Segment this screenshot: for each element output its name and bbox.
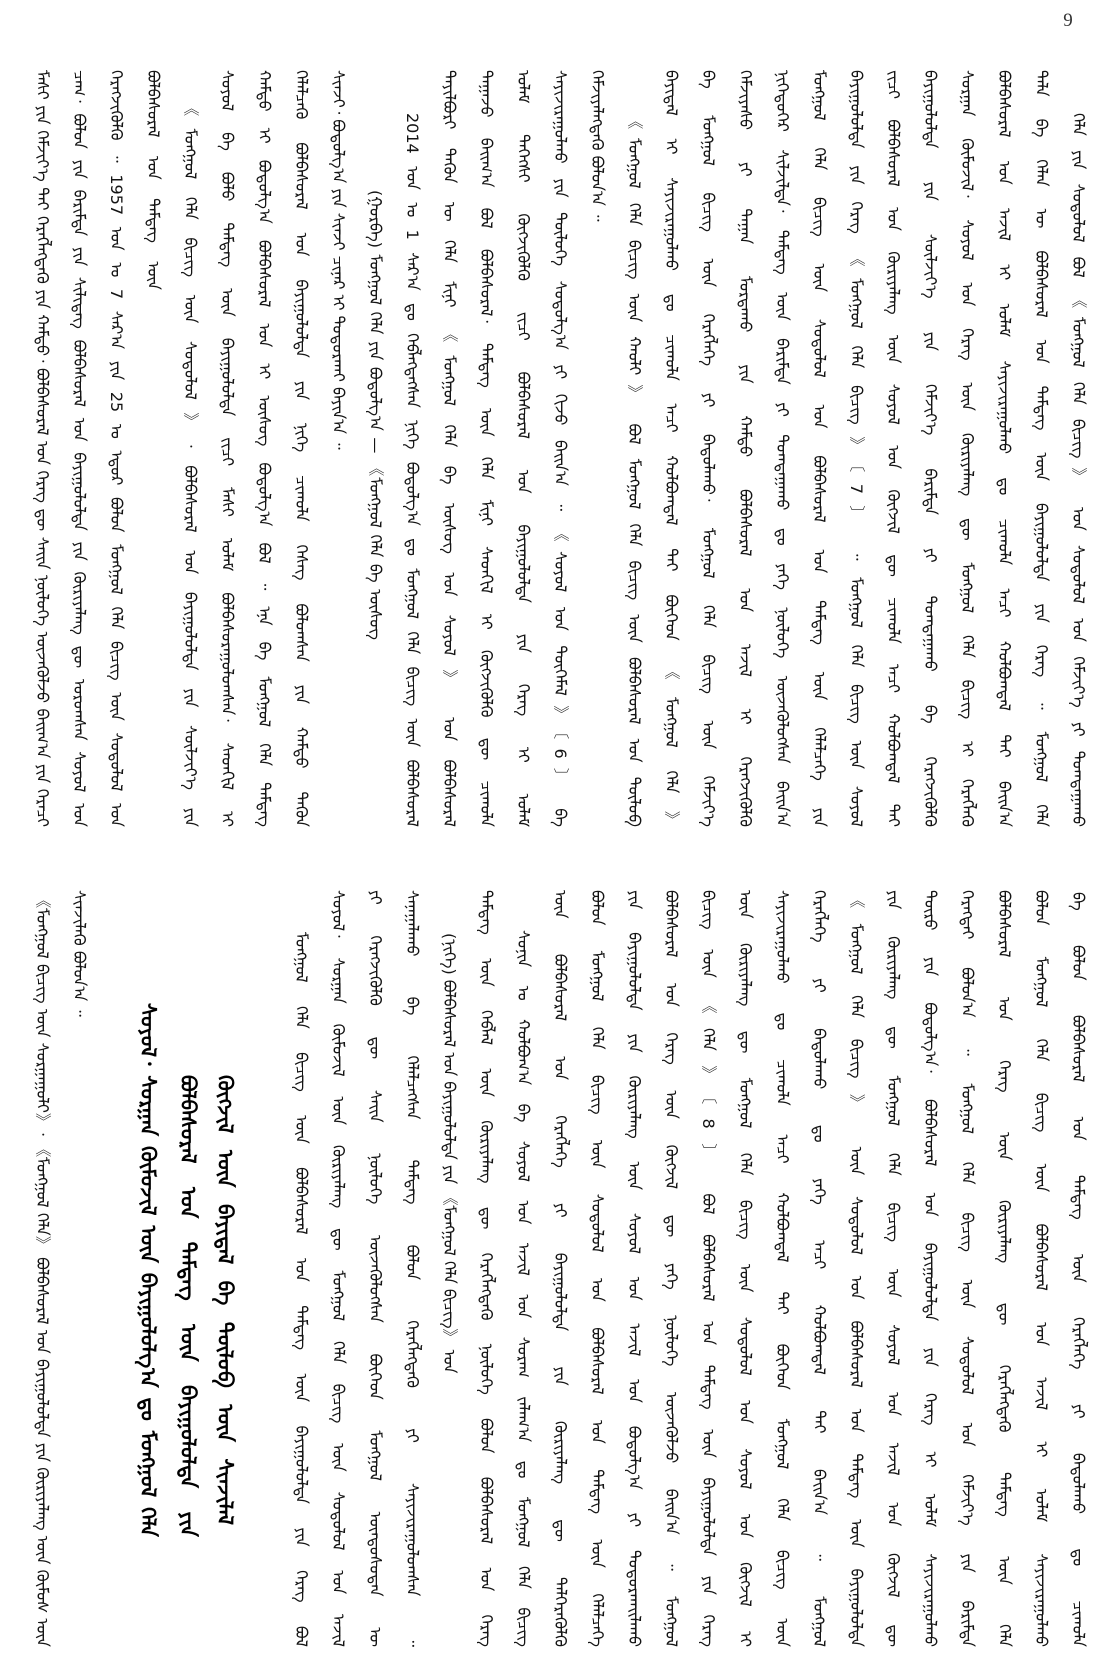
text-column: ᠮᠠᠰᠢ ᠶᠢᠨ ᠬᠡᠮᠵᠢᠶ᠎ᠡ ᠲᠠᠢ ᠬᠡᠷᠡᠭᠯᠡᠭᠳᠡᠬᠦ ᠶᠢᠨ ᠬ… — [30, 70, 54, 827]
text-column: ᠮᠣᠩᠭᠣᠯ ᠬᠡᠯᠡ ᠪᠢᠴᠢᠭ ᠦᠨ ᠪᠣᠯᠪᠠᠰᠤᠷᠠᠯ ᠤᠨ ᠲᠡᠮᠳᠡ… — [289, 932, 313, 1647]
text-column: ᠶᠢ ᠬᠡᠷᠡᠭᠵᠢᠭᠦᠯᠬᠦ ᠳᠦ ᠰᠠᠢᠨ ᠨᠥᠯᠦᠭᠡ ᠦᠵᠡᠭᠦᠯᠦᠭᠰ… — [363, 890, 387, 1647]
text-column: ᠶᠢᠨ ᠬᠦᠷᠢᠶᠡᠯᠡᠩ ᠳᠦ ᠮᠣᠩᠭᠣᠯ ᠬᠡᠯᠡ ᠪᠢᠴᠢᠭ ᠦᠨ ᠰᠣ… — [881, 890, 905, 1647]
text-column: ᠬᠡᠷᠡᠭᠯᠡᠭᠡ ᠶᠢ ᠪᠠᠲᠤᠯᠠᠬᠤ ᠳᠤ ᠶᠡᠬᠡ ᠠᠴᠢ ᠬᠣᠯᠪᠣᠭ… — [807, 890, 831, 1647]
text-column: ᠴᠠᠭ᠂ ᠪᠣᠯᠤᠨ ᠶᠢᠨ ᠪᠠᠷᠢᠮᠲᠠ ᠶᠢᠨ ᠰᠢᠯᠢᠳᠡᠭ ᠪᠣᠯᠪᠠ… — [67, 70, 91, 827]
text-column: ᠲᠡᠮᠳᠡᠭ ᠦᠨ ᠬᠡᠪᠯᠡᠯ ᠦᠨ ᠬᠦᠷᠢᠶᠡᠯᠡᠩ ᠳᠦ ᠬᠡᠷᠡᠭᠯᠡ… — [474, 890, 498, 1647]
section-heading-line: ᠰᠣᠶᠣᠯ᠂ ᠰᠤᠷᠭᠠᠨ ᠬᠦᠮᠦᠵᠢᠯ ᠦᠨ ᠪᠠᠶᠢᠭᠤᠯᠤᠯᠭ᠎ᠠ ᠳᠤ… — [132, 1003, 164, 1537]
text-column: ᠬᠡᠷᠡᠭᠵᠢᠭᠦᠯᠬᠦ ᠃ 1957 ᠣᠨ ᠤ 7 ᠰᠠᠷ᠎ᠠ ᠶᠢᠨ 25 … — [104, 70, 128, 827]
text-column: ᠪᠣᠯᠪᠠᠰᠤᠷᠠᠯ ᠤᠨ ᠬᠡᠷᠡᠭ ᠦᠨ ᠬᠦᠷᠢᠶᠡᠯᠡᠩ ᠳᠦ ᠬᠡᠷᠡ… — [992, 890, 1016, 1647]
text-column: ᠰᠠᠶᠢᠵᠢᠷᠠᠭᠤᠯᠬᠤ ᠳᠤ ᠴᠢᠬᠤᠯᠠ ᠠᠴᠢ ᠬᠣᠯᠪᠣᠭᠳᠠᠯ ᠲᠠ… — [770, 890, 794, 1647]
text-column: ᠲᠠᠶᠢᠯᠪᠤᠷᠢ ᠲᠡᠭᠦᠨ ᠦ ᠬᠡᠯᠡ ᠮᠢᠨᠢ 《ᠮᠣᠩᠭᠣᠯ ᠬᠡᠯᠡ… — [437, 70, 461, 827]
text-column: 《ᠮᠣᠩᠭᠣᠯ ᠬᠡᠯᠡ ᠪᠢᠴᠢᠭ ᠦᠨ ᠰᠤᠳᠤᠯᠤᠯ》᠂ ᠪᠣᠯᠪᠠᠰᠤᠷ… — [178, 100, 202, 827]
text-column: ᠬᠡᠷᠡᠭᠲᠡᠢ ᠪᠣᠯᠤᠨ᠎ᠠ ᠃ ᠮᠣᠩᠭᠣᠯ ᠬᠡᠯᠡ ᠪᠢᠴᠢᠭ ᠦᠨ … — [955, 890, 979, 1647]
text-column: ᠶᠢᠨ ᠪᠠᠶᠢᠭᠤᠯᠤᠯᠳᠠ ᠶᠢᠨ ᠬᠦᠷᠢᠶᠡᠯᠡᠩ ᠦᠨ ᠰᠣᠶᠣᠯ ᠤ… — [622, 890, 646, 1647]
text-column: ᠰᠣᠶᠣᠯ ᠪᠠ ᠪᠣᠯᠤ ᠲᠡᠮᠳᠡᠭ ᠦᠨ ᠪᠠᠶᠢᠭᠤᠯᠤᠯᠳᠠ ᠵᠢᠴᠢ… — [215, 70, 239, 827]
text-column: ᠰᠢᠨᠵᠢᠯᠡᠬᠦ ᠪᠣᠯᠤᠨ᠎ᠠ ᠃ — [67, 890, 91, 1033]
text-column: ᠮᠣᠩᠭᠣᠯ ᠬᠡᠯᠡ ᠪᠢᠴᠢᠭ ᠦᠨ ᠰᠤᠳᠤᠯᠤᠯ ᠤᠨ ᠪᠣᠯᠪᠠᠰᠤᠷ… — [807, 70, 831, 827]
subsection-heading: (ᠨᠢᠭᠡ) ᠪᠣᠯᠪᠠᠰᠤᠷᠠᠯ ᠤᠨ ᠪᠠᠶᠢᠭᠤᠯᠤᠯᠳᠠ ᠶᠢᠨ 《ᠮᠣ… — [437, 933, 461, 1480]
text-column: ᠲᠡᠯᠡ ᠪᠠ ᠬᠡᠯᠡᠨ ᠦ ᠪᠣᠯᠪᠠᠰᠤᠷᠠᠯ ᠤᠨ ᠲᠡᠮᠳᠡᠭ ᠦᠨ … — [1029, 70, 1053, 827]
text-column: 2014 ᠣᠨ ᠤ 1 ᠰᠠᠷ᠎ᠠ ᠳᠤ ᠬᠡᠪᠯᠡᠭᠳᠡᠭᠰᠡᠨ ᠨᠢᠭᠡ ᠪ… — [400, 113, 424, 827]
text-column: ᠪᠣᠯᠪᠠᠰᠤᠷᠠᠯ ᠤᠨ ᠬᠡᠷᠡᠭ ᠦᠨ ᠬᠥᠭᠵᠢᠯ ᠳᠦ ᠶᠡᠬᠡ ᠨᠥ… — [659, 890, 683, 1647]
text-column: ᠦᠨ ᠬᠦᠷᠢᠶᠡᠯᠡᠩ ᠳᠦ ᠮᠣᠩᠭᠣᠯ ᠬᠡᠯᠡ ᠪᠢᠴᠢᠭ ᠦᠨ ᠰᠤᠳ… — [733, 890, 757, 1647]
text-column: ᠨᠢᠭᠡᠳᠦᠭᠡᠷ ᠰᠢᠯᠵᠢᠯᠲᠡ᠂ ᠲᠡᠮᠳᠡᠭ ᠦᠨ ᠪᠠᠷᠢᠮᠲᠠ ᠶᠢ… — [770, 70, 794, 827]
text-column: ᠰᠣᠨᠢᠨ ᠤ ᠬᠣᠯᠪᠣᠭ᠎ᠠ ᠪᠠ ᠰᠣᠶᠣᠯ ᠤᠨ ᠠᠵᠢᠯ ᠤᠨ ᠰᠤᠷ… — [511, 930, 535, 1647]
page-number: 9 — [1058, 10, 1078, 34]
section-heading-line: ᠬᠥᠭᠵᠢᠯ ᠦᠨ ᠪᠠᠶᠢᠳᠠᠯ ᠪᠠ ᠲᠥᠯᠦᠪ ᠦᠨ ᠰᠢᠨᠵᠢᠯᠡᠯ — [209, 1075, 241, 1525]
text-column: 《ᠮᠣᠩᠭᠣᠯ ᠬᠡᠯᠡ ᠪᠢᠴᠢᠭ》 ᠦᠨ ᠰᠤᠳᠤᠯᠤᠯ ᠤᠨ ᠪᠣᠯᠪᠠᠰ… — [844, 892, 868, 1647]
text-column: ᠰᠣᠶᠣᠯ᠂ ᠰᠤᠷᠭᠠᠨ ᠬᠦᠮᠦᠵᠢᠯ ᠦᠨ ᠬᠦᠷᠢᠶᠡᠯᠡᠩ ᠳᠦ ᠮᠣ… — [326, 890, 350, 1647]
text-column: ᠰᠠᠶᠢᠵᠢᠷᠠᠭᠤᠯᠬᠤ ᠶᠢᠨ ᠲᠥᠯᠦᠭᠡ ᠰᠤᠳᠤᠯᠭ᠎ᠠ ᠶᠢ ᠬᠢᠵ… — [548, 70, 572, 827]
text-column: 《ᠮᠣᠩᠭᠣᠯ ᠪᠢᠴᠢᠭ ᠦᠨ ᠰᠤᠷᠭᠠᠭᠤᠯᠢ》᠂ 《ᠮᠣᠩᠭᠣᠯ ᠬᠡᠯ… — [30, 892, 54, 1647]
subsection-heading: (ᠭᠤᠷᠪᠠ) ᠮᠣᠩᠭᠣᠯ ᠬᠡᠯᠡ ᠶᠢᠨ ᠪᠣᠳᠣᠯᠭ᠎ᠠ — 《ᠮᠣᠩᠭ… — [363, 190, 387, 640]
text-column: ᠰᠤᠷᠭᠠᠨ ᠬᠦᠮᠦᠵᠢᠯ᠂ ᠰᠣᠶᠣᠯ ᠤᠨ ᠬᠡᠷᠡᠭ ᠦᠨ ᠬᠦᠷᠢᠶᠡ… — [955, 70, 979, 827]
text-column: ᠪᠠ ᠪᠣᠯᠤᠨ ᠪᠣᠯᠪᠠᠰᠤᠷᠠᠯ ᠤᠨ ᠲᠡᠮᠳᠡᠭ ᠦᠨ ᠬᠡᠷᠡᠭᠯᠡ… — [1066, 892, 1090, 1647]
text-column: ᠬᠡᠮᠵᠢᠶᠡᠯᠡᠭᠳᠡᠬᠦ ᠪᠣᠯᠤᠨ᠎ᠠ ᠃ — [585, 70, 609, 235]
text-column: ᠪᠠᠶᠢᠭᠤᠯᠤᠯᠳᠠ ᠶᠢᠨ ᠰᠦᠯᠵᠢᠶ᠎ᠡ ᠶᠢᠨ ᠬᠡᠮᠵᠢᠶ᠎ᠡ ᠪᠠ… — [918, 70, 942, 827]
text-column: ᠬᠡᠮᠵᠢᠶᠡᠰᠦ ᠶᠢ ᠳᠠᠭᠠᠨ ᠮᠣᠷᠳᠠᠬᠤ ᠶᠢᠨ ᠬᠠᠮᠲᠤ ᠪᠣᠯ… — [733, 70, 757, 827]
text-column: ᠪᠣᠯᠪᠠᠰᠤᠷᠠᠯ ᠤᠨ ᠲᠡᠮᠳᠡᠭ ᠦᠨ ᠣᠷᠣᠭᠰᠠᠨ ᠃ — [141, 70, 165, 290]
section-heading-line: ᠪᠣᠯᠪᠠᠰᠤᠷᠠᠯ ᠤᠨ ᠲᠡᠮᠳᠡᠭ ᠦᠨ ᠪᠠᠶᠢᠭᠤᠯᠤᠯᠳᠠ ᠶᠢᠨ — [172, 1075, 204, 1537]
text-column: ᠲᠥᠷᠥ ᠶᠢᠨ ᠪᠣᠳᠣᠯᠭ᠎ᠠ᠂ ᠪᠣᠯᠪᠠᠰᠤᠷᠠᠯ ᠤᠨ ᠪᠠᠶᠢᠭᠤᠯ… — [918, 890, 942, 1647]
text-column: ᠪᠣᠯᠤᠨ ᠮᠣᠩᠭᠣᠯ ᠬᠡᠯᠡ ᠪᠢᠴᠢᠭ ᠦᠨ ᠪᠣᠯᠪᠠᠰᠤᠷᠠᠯ ᠤᠨ… — [1029, 890, 1053, 1647]
text-column: ᠪᠠ ᠮᠣᠩᠭᠣᠯ ᠪᠢᠴᠢᠭ ᠦᠨ ᠬᠡᠷᠡᠭᠯᠡᠭᠡ ᠶᠢ ᠪᠠᠲᠤᠯᠠᠬᠤ… — [696, 70, 720, 827]
text-column: ᠪᠢᠴᠢᠭ ᠦᠨ 《ᠬᠡᠯᠡ》〔8〕 ᠪᠣᠯ ᠪᠣᠯᠪᠠᠰᠤᠷᠠᠯ ᠤᠨ ᠲᠡᠮ… — [696, 890, 720, 1647]
text-column: ᠵᠢᠴᠢ ᠪᠣᠯᠪᠠᠰᠤᠷᠠᠯ ᠤᠨ ᠬᠦᠷᠢᠶᠡᠯᠡᠩ ᠦᠨ ᠰᠣᠶᠣᠯ ᠤᠨ… — [881, 70, 905, 827]
text-column: ᠪᠠᠶᠢᠭᠤᠯᠤᠯᠳᠠ ᠶᠢᠨ ᠬᠡᠷᠡᠭ 《ᠮᠣᠩᠭᠣᠯ ᠬᠡᠯᠡ ᠪᠢᠴᠢᠭ… — [844, 70, 868, 827]
text-column: ᠰᠢᠨᠵᠢ᠂ ᠪᠣᠳᠣᠯᠭ᠎ᠠ ᠶᠢᠨ ᠰᠢᠨᠵᠢ ᠴᠢᠨᠠᠷ ᠢ ᠲᠣᠳᠣᠷᠬ… — [326, 70, 350, 450]
text-column: ᠬᠡᠯᠡ ᠶᠢᠨ ᠰᠤᠳᠤᠯᠤᠯ ᠪᠣᠯ 《ᠮᠣᠩᠭᠣᠯ ᠬᠡᠯᠡ ᠪᠢᠴᠢᠭ》… — [1066, 113, 1090, 827]
text-column: ᠦᠨ ᠪᠣᠯᠪᠠᠰᠤᠷᠠᠯ ᠤᠨ ᠬᠡᠷᠡᠭᠯᠡᠭᠡ ᠶᠢ ᠪᠠᠶᠢᠭᠤᠯᠤᠯᠳ… — [548, 890, 572, 1647]
text-column: 《ᠮᠣᠩᠭᠣᠯ ᠬᠡᠯᠡ ᠪᠢᠴᠢᠭ ᠦᠨ ᠬᠠᠤᠯᠢ》 ᠪᠣᠯ ᠮᠣᠩᠭᠣᠯ … — [622, 113, 646, 827]
text-column: ᠰᠠᠨᠠᠭᠠᠯᠠᠬᠤ ᠪᠠ ᠬᠡᠯᠡᠯᠴᠡᠭᠰᠡᠨ ᠲᠡᠮᠳᠡᠭ ᠪᠣᠯᠤᠨ ᠬ… — [400, 890, 424, 1647]
text-column: ᠪᠣᠯᠪᠠᠰᠤᠷᠠᠯ ᠤᠨ ᠠᠵᠢᠯ ᠢ ᠤᠯᠠᠮ ᠰᠠᠶᠢᠵᠢᠷᠠᠭᠤᠯᠬᠤ … — [992, 70, 1016, 827]
text-column: ᠬᠠᠮᠲᠤ ᠢ ᠪᠣᠳᠣᠯᠭ᠎ᠠ ᠪᠣᠯᠪᠠᠰᠤᠷᠠᠯ ᠤᠨ ᠢ ᠦᠰᠦᠭ ᠪᠣ… — [252, 70, 276, 827]
text-column: ᠪᠣᠯᠤᠨ ᠮᠣᠩᠭᠣᠯ ᠬᠡᠯᠡ ᠪᠢᠴᠢᠭ ᠦᠨ ᠰᠤᠳᠤᠯᠤᠯ ᠤᠨ ᠪᠣ… — [585, 890, 609, 1647]
text-column: ᠬᠡᠯᠡᠯᠴᠡᠬᠦ ᠪᠣᠯᠪᠠᠰᠤᠷᠠᠯ ᠤᠨ ᠪᠠᠶᠢᠭᠤᠯᠤᠯᠳᠠ ᠶᠢᠨ … — [289, 70, 313, 827]
text-column: ᠲᠠᠭᠠᠵᠤ ᠪᠠᠢᠭ᠎ᠠ ᠪᠣᠯ ᠪᠣᠯᠪᠠᠰᠤᠷᠠᠯ᠂ ᠲᠡᠮᠳᠡᠭ ᠦᠨ … — [474, 70, 498, 827]
text-column: ᠤᠯᠠᠮ ᠳᠡᠭᠡᠭᠰᠢ ᠬᠥᠭᠵᠢᠭᠦᠯᠬᠦ ᠵᠢᠴᠢ ᠪᠣᠯᠪᠠᠰᠤᠷᠠᠯ … — [511, 70, 535, 827]
text-column: ᠪᠠᠶᠢᠳᠠᠯ ᠢ ᠰᠠᠶᠢᠵᠢᠷᠠᠭᠤᠯᠬᠤ ᠳᠤ ᠴᠢᠬᠤᠯᠠ ᠠᠴᠢ ᠬᠣ… — [659, 70, 683, 827]
